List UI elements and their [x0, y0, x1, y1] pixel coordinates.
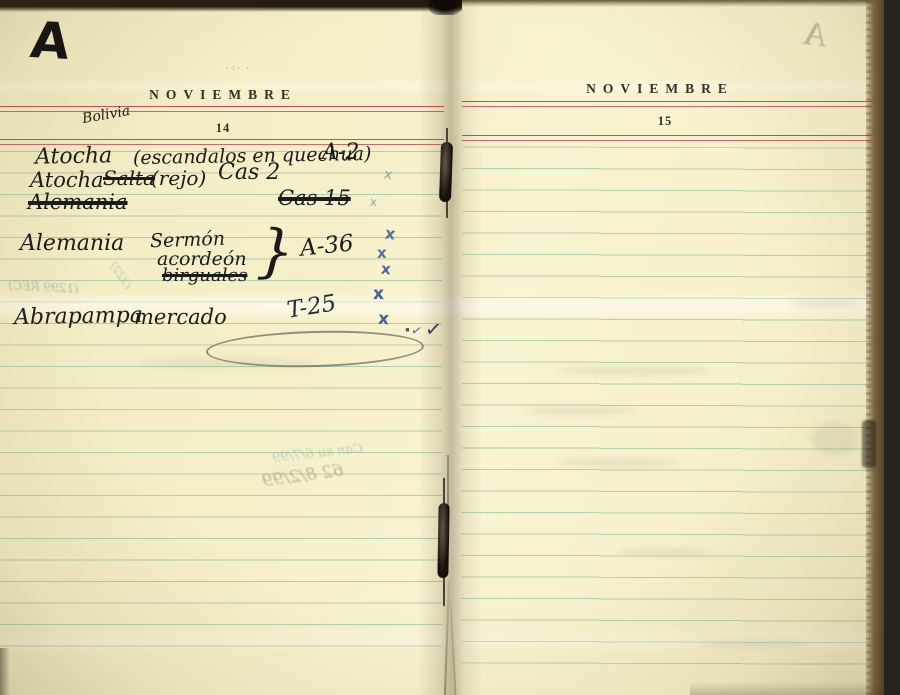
notebook-scan: NOVIEMBRE 14 NOVIEMBRE 15 ·⁖· · A A Boli… — [0, 0, 900, 695]
vignette — [0, 0, 884, 695]
cover-edge — [884, 0, 900, 695]
